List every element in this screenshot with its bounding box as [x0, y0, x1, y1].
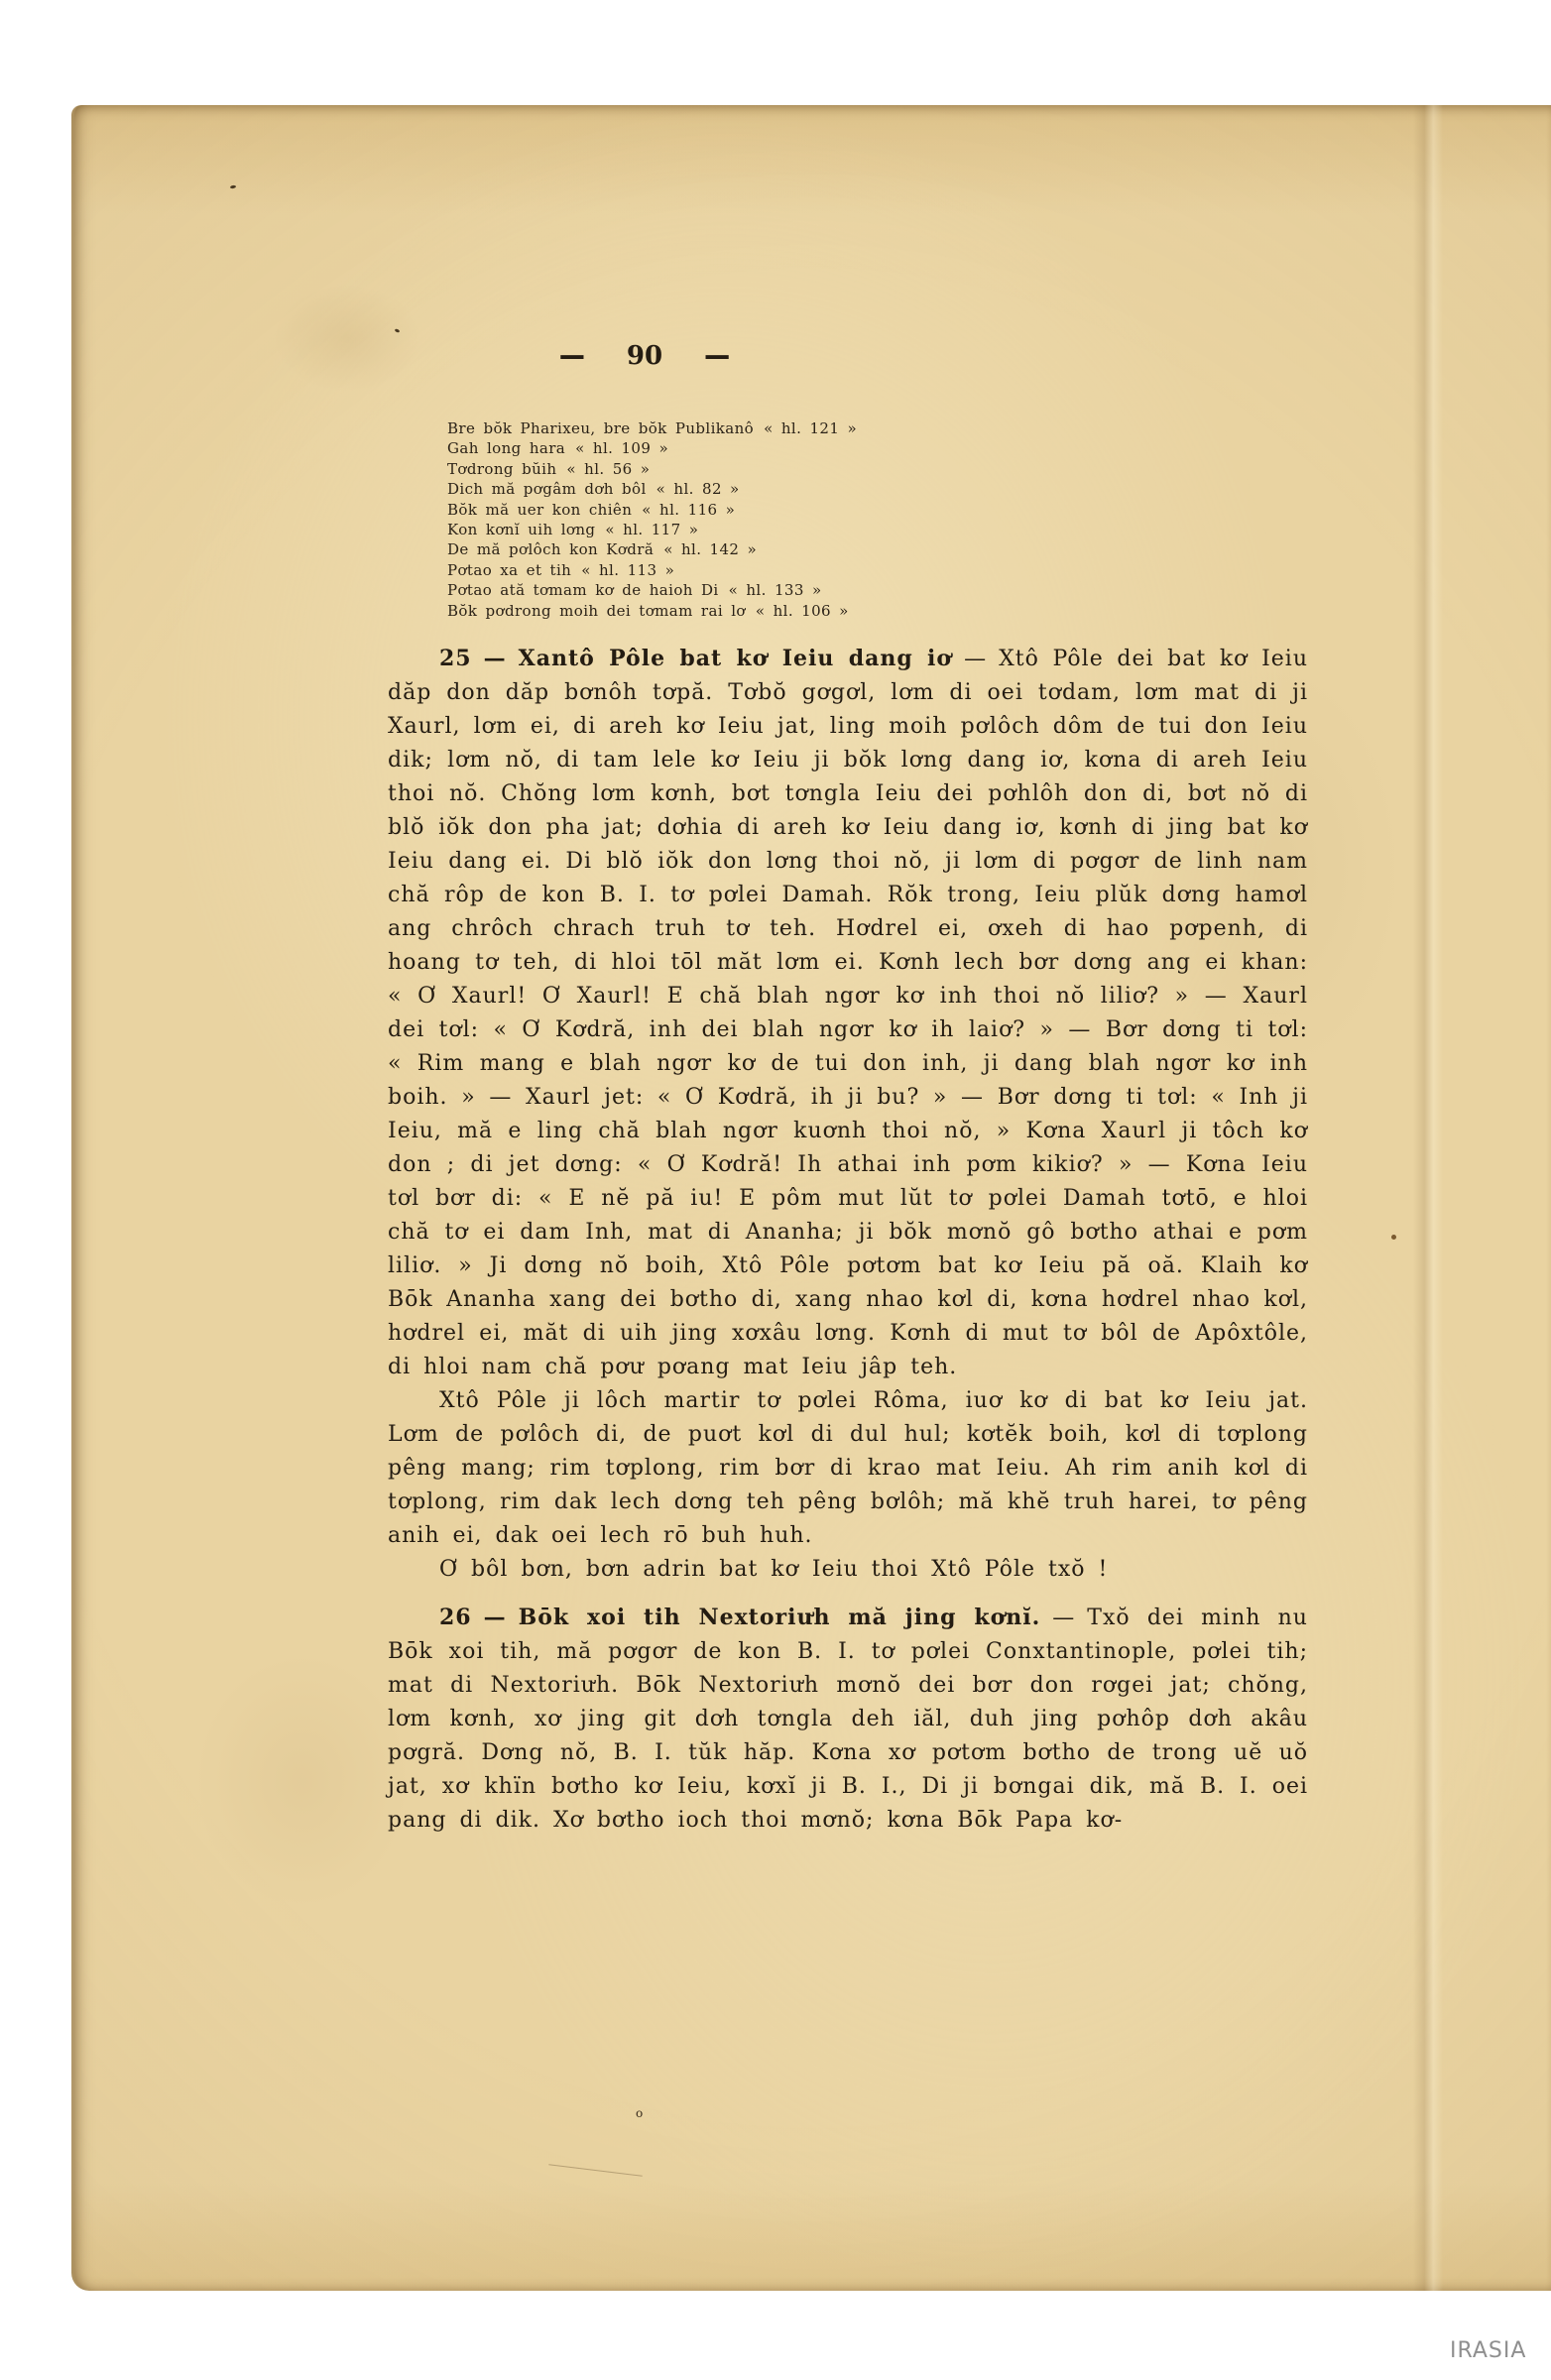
paragraph-text: Txŏ dei minh nu Bōk xoi tih, mă pơgơr de…	[388, 1606, 1308, 1833]
scanned-page: o — 90 — Bre bŏk Pharixeu, bre bŏk Publi…	[71, 105, 1551, 2291]
scan-background: { "page": { "dash": "—", "number": "90" …	[0, 0, 1551, 2380]
reference-text: Pơtao ată tơmam kơ de haioh Di	[447, 581, 719, 599]
paragraph: Ơ bôl bơn, bơn adrin bat kơ Ieiu thoi Xt…	[388, 1553, 1308, 1587]
heading-dash: —	[1052, 1606, 1075, 1630]
heading-dash: —	[484, 1605, 507, 1630]
reference-line: Bŏk mă uer kon chiên« hl. 116 »	[447, 500, 857, 520]
section-heading-and-lead: 25—Xantô Pôle bat kơ Ieiu dang iơ—Xtô Pô…	[388, 642, 1308, 1384]
reference-page: « hl. 56 »	[566, 460, 650, 478]
reference-page: « hl. 109 »	[575, 439, 668, 457]
paper-stain	[193, 1652, 412, 1910]
reference-line: Kon kơnĭ uih lơng« hl. 117 »	[447, 520, 857, 539]
body-text: 25—Xantô Pôle bat kơ Ieiu dang iơ—Xtô Pô…	[388, 642, 1308, 1838]
reference-line: De mă pơlôch kon Kơdră« hl. 142 »	[447, 539, 857, 559]
reference-line: Pơtao xa et tih« hl. 113 »	[447, 560, 857, 580]
section-title: Xantô Pôle bat kơ Ieiu dang iơ	[519, 646, 952, 671]
page-number-dash-left: —	[559, 337, 585, 375]
reference-page: « hl. 121 »	[764, 419, 857, 437]
heading-dash: —	[484, 646, 507, 671]
section-25: 25—Xantô Pôle bat kơ Ieiu dang iơ—Xtô Pô…	[388, 642, 1308, 1587]
reference-text: Gah long hara	[447, 439, 565, 457]
reference-line: Pơtao ată tơmam kơ de haioh Di« hl. 133 …	[447, 580, 857, 600]
reference-text: Tơdrong bŭih	[447, 460, 556, 478]
reference-text: Bŏk mă uer kon chiên	[447, 501, 632, 519]
reference-line: Dich mă pơgâm dơh bôl« hl. 82 »	[447, 479, 857, 499]
reference-line: Tơdrong bŭih« hl. 56 »	[447, 459, 857, 479]
section-26: 26—Bōk xoi tih Nextoriưh mă jing kơnĭ.—T…	[388, 1601, 1308, 1838]
reference-page: « hl. 117 »	[605, 521, 698, 538]
reference-text: Dich mă pơgâm dơh bôl	[447, 480, 647, 498]
paragraph: Xtô Pôle ji lôch martir tơ pơlei Rôma, i…	[388, 1384, 1308, 1553]
scratch-mark	[548, 2164, 642, 2177]
reference-page: « hl. 142 »	[663, 540, 757, 558]
watermark: IRASIA	[1450, 2338, 1526, 2363]
section-number: 26	[439, 1605, 472, 1630]
reference-page: « hl. 133 »	[729, 581, 822, 599]
reference-text: Pơtao xa et tih	[447, 561, 571, 579]
reference-page: « hl. 82 »	[656, 480, 740, 498]
section-number: 25	[439, 646, 472, 671]
page-number: — 90 —	[501, 341, 788, 371]
section-title: Bōk xoi tih Nextoriưh mă jing kơnĭ.	[519, 1605, 1041, 1630]
reference-text: De mă pơlôch kon Kơdră	[447, 540, 654, 558]
paper-crease	[1413, 105, 1443, 2291]
reference-text: Bre bŏk Pharixeu, bre bŏk Publikanô	[447, 419, 754, 437]
reference-line: Bŏk pơdrong moih dei tơmam rai lơ« hl. 1…	[447, 601, 857, 621]
page-number-dash-right: —	[704, 337, 730, 375]
paper-stain	[273, 284, 421, 393]
reference-page: « hl. 113 »	[581, 561, 674, 579]
ink-speck	[230, 185, 236, 189]
stray-ink-mark: o	[636, 2106, 643, 2120]
reference-page: « hl. 106 »	[756, 602, 849, 620]
reference-line: Bre bŏk Pharixeu, bre bŏk Publikanô« hl.…	[447, 418, 857, 438]
section-heading-and-lead: 26—Bōk xoi tih Nextoriưh mă jing kơnĭ.—T…	[388, 1601, 1308, 1838]
paragraph-text: Xtô Pôle dei bat kơ Ieiu dăp don dăp bơn…	[388, 647, 1308, 1379]
reference-page: « hl. 116 »	[642, 501, 735, 519]
heading-dash: —	[964, 647, 987, 671]
reference-text: Bŏk pơdrong moih dei tơmam rai lơ	[447, 602, 746, 620]
page-number-value: 90	[627, 341, 662, 371]
reference-text: Kon kơnĭ uih lơng	[447, 521, 595, 538]
reference-list: Bre bŏk Pharixeu, bre bŏk Publikanô« hl.…	[447, 418, 857, 621]
ink-speck	[1391, 1235, 1396, 1240]
reference-line: Gah long hara« hl. 109 »	[447, 438, 857, 458]
